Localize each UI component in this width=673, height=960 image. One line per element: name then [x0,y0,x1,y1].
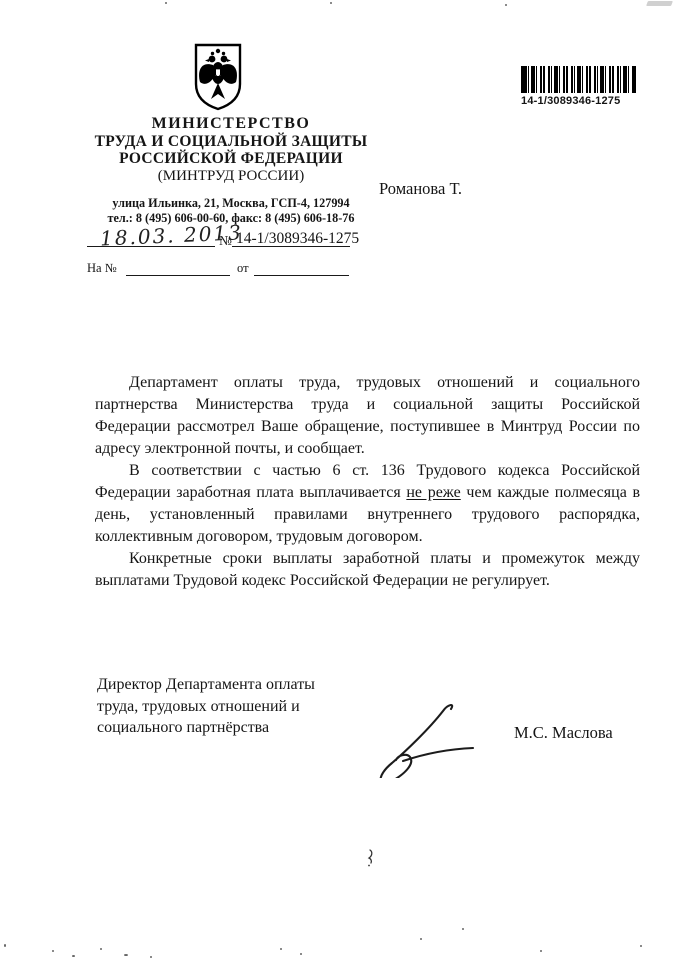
body-line: Федерации рассмотрел Ваше обращение, пос… [95,416,640,438]
body-line: Конкретные сроки выплаты заработной плат… [95,548,640,570]
scan-speckle [462,928,464,930]
scan-speckle [505,4,507,6]
scan-speckle [165,2,167,4]
body-line: выплатами Трудовой кодекс Российской Фед… [95,570,640,592]
body-line: Федерации заработная плата выплачивается… [95,482,640,504]
ministry-name-line2: ТРУДА И СОЦИАЛЬНОЙ ЗАЩИТЫ [85,133,377,151]
reply-to-number-label: На № [87,261,117,276]
barcode-label: 14-1/3089346-1275 [521,95,631,107]
body-line: В соответствии с частью 6 ст. 136 Трудов… [95,460,640,482]
number-underline [232,246,350,247]
ink-squiggle [365,849,377,867]
body-line: Департамент оплаты труда, трудовых отнош… [95,372,640,394]
scanned-letter-page: МИНИСТЕРСТВО ТРУДА И СОЦИАЛЬНОЙ ЗАЩИТЫ Р… [0,0,673,960]
barcode [521,66,636,93]
russia-coat-of-arms-icon [192,42,244,112]
scan-speckle [4,944,6,947]
scan-speckle [300,953,302,955]
scan-speckle [124,954,128,956]
signer-title-line: социального партнёрства [97,717,357,739]
addressee-name: Романова Т. [379,179,462,199]
handwritten-signature [372,698,478,778]
reply-from-label: от [237,261,249,276]
ministry-address: улица Ильинка, 21, Москва, ГСП-4, 127994 [85,196,377,211]
signer-title: Директор Департамента оплаты труда, труд… [97,674,357,739]
reply-date-blank [254,275,349,276]
scan-speckle [540,950,542,952]
scan-speckle [640,945,642,947]
scan-speckle [330,2,332,4]
body-line: адресу электронной почты, и сообщает. [95,438,640,460]
ministry-short-name: (МИНТРУД РОССИИ) [85,168,377,185]
number-sign: № [219,233,232,249]
body-line: коллективным договором, трудовым договор… [95,526,640,548]
body-text: Федерации заработная плата выплачивается [95,484,401,501]
scan-speckle [280,948,282,950]
letter-body: Департамент оплаты труда, трудовых отнош… [95,372,640,592]
signer-title-line: Директор Департамента оплаты [97,674,357,696]
date-underline [87,246,215,247]
scan-speckle [150,956,152,958]
scan-speckle [420,938,422,940]
ministry-name-line1: МИНИСТЕРСТВО [85,115,377,133]
scan-speckle [100,948,102,950]
body-line: день, установленный правилами внутреннег… [95,504,640,526]
scan-speckle [52,950,54,952]
underlined-text: не реже [406,484,460,501]
signer-name: М.С. Маслова [514,723,613,743]
ministry-name-line3: РОССИЙСКОЙ ФЕДЕРАЦИИ [85,150,377,168]
body-line: партнерства Министерства труда и социаль… [95,394,640,416]
signer-title-line: труда, трудовых отношений и [97,696,357,718]
reply-number-blank [126,275,230,276]
scan-smudge [646,1,673,6]
body-text: чем каждые полмесяца в [466,484,640,501]
scan-speckle [72,955,75,957]
